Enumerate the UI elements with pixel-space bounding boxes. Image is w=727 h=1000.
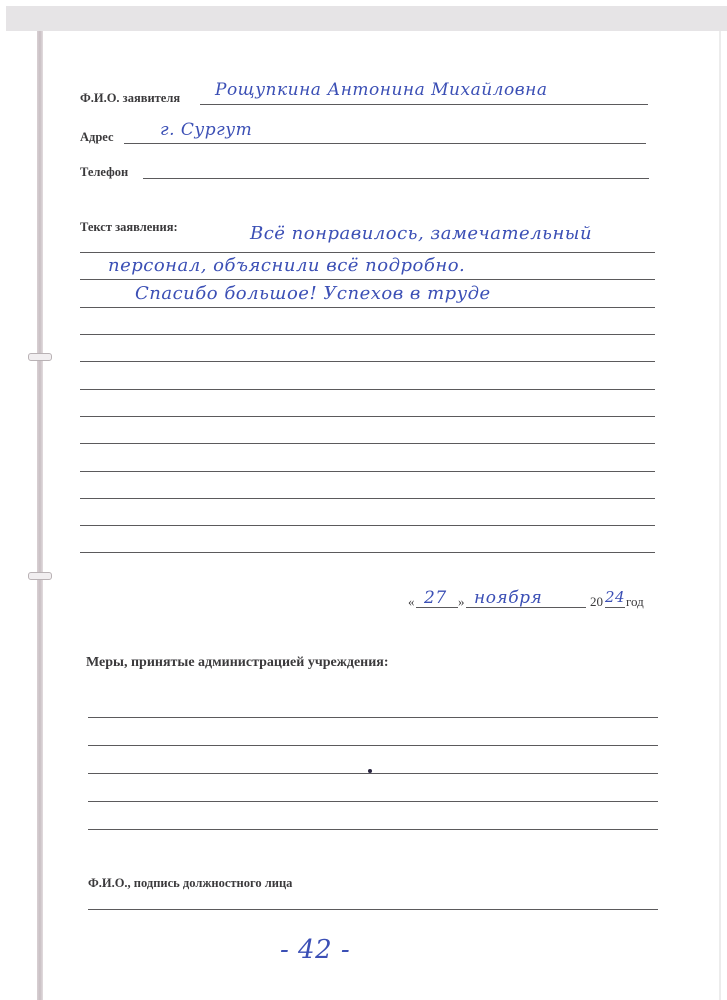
date-month[interactable]: ноября — [474, 588, 542, 608]
date-day[interactable]: 27 — [424, 588, 447, 608]
ruled-line — [80, 252, 655, 253]
ruled-line — [80, 279, 655, 280]
applicant-line — [200, 104, 648, 105]
scan-top-band — [6, 6, 727, 31]
address-line — [124, 143, 646, 144]
statement-line: Всё понравилось, замечательный — [250, 223, 592, 244]
ruled-line — [80, 416, 655, 417]
ink-speck — [368, 769, 372, 773]
ruled-line — [80, 361, 655, 362]
ruled-line — [80, 552, 655, 553]
binding-clip — [28, 572, 52, 580]
statement-line: персонал, объяснили всё подробно. — [108, 255, 465, 276]
ruled-line — [80, 389, 655, 390]
page-edge — [719, 31, 721, 1000]
date-year-suffix[interactable]: 24 — [605, 588, 625, 606]
measures-label: Меры, принятые администрацией учреждения… — [86, 655, 389, 671]
date-open-quote: « — [408, 594, 415, 610]
phone-line — [143, 178, 649, 179]
ruled-line — [80, 525, 655, 526]
statement-line: Спасибо большое! Успехов в труде — [135, 283, 491, 304]
statement-label: Текст заявления: — [80, 220, 178, 235]
binding-spine — [37, 31, 43, 1000]
address-label: Адрес — [80, 130, 114, 145]
page-number: - 42 - — [280, 935, 350, 965]
ruled-line — [80, 471, 655, 472]
date-year-word: год — [626, 594, 644, 610]
phone-label: Телефон — [80, 165, 128, 180]
ruled-line — [80, 307, 655, 308]
ruled-line — [80, 498, 655, 499]
ruled-line — [88, 745, 658, 746]
official-signature-line[interactable] — [88, 909, 658, 910]
address-value[interactable]: г. Сургут — [160, 120, 252, 140]
ruled-line — [88, 801, 658, 802]
ruled-line — [80, 443, 655, 444]
date-year-prefix: 20 — [590, 594, 603, 610]
ruled-line — [88, 829, 658, 830]
applicant-value[interactable]: Рощупкина Антонина Михайловна — [215, 80, 547, 100]
date-close-quote: » — [458, 594, 465, 610]
applicant-label: Ф.И.О. заявителя — [80, 91, 180, 106]
ruled-line — [88, 773, 658, 774]
binding-clip — [28, 353, 52, 361]
ruled-line — [88, 717, 658, 718]
date-year-line — [605, 607, 625, 608]
ruled-line — [80, 334, 655, 335]
official-label: Ф.И.О., подпись должностного лица — [88, 876, 292, 891]
